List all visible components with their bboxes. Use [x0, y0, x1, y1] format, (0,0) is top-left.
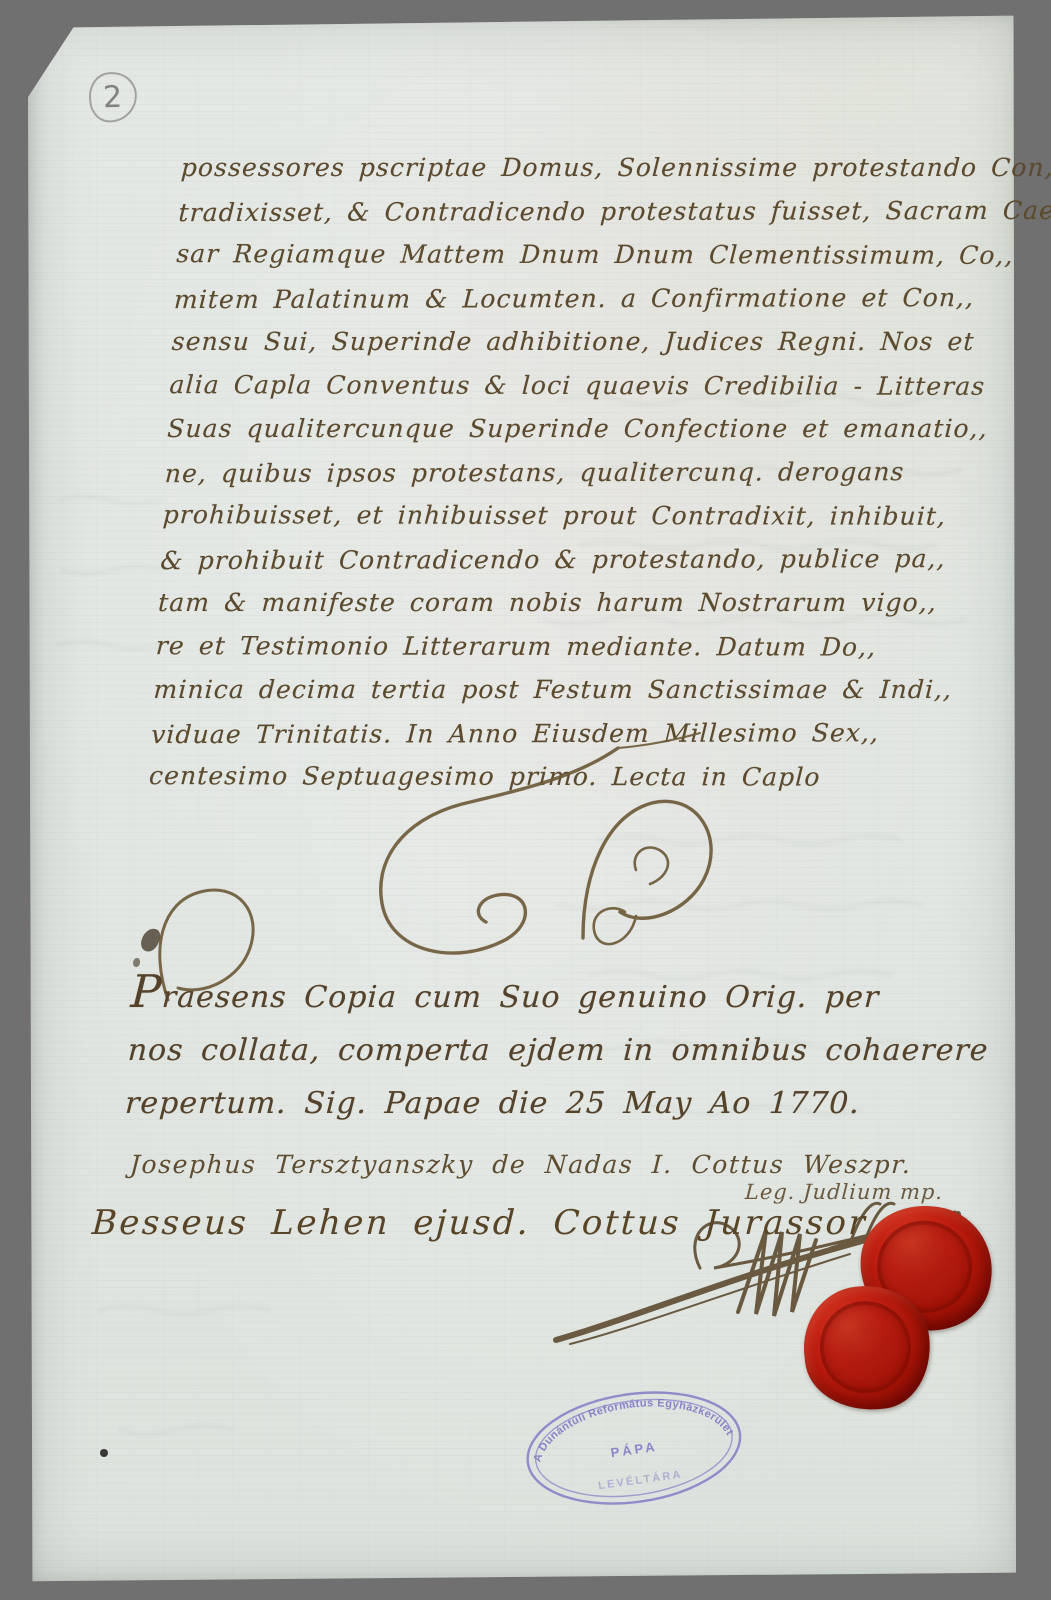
ink-dot: [100, 1449, 108, 1457]
page-number-pencil-circle: 2: [87, 70, 140, 125]
manuscript-line: re et Testimonio Litterarum mediante. Da…: [155, 624, 997, 669]
manuscript-line: centesimo Septuagesimo primo. Lecta in C…: [148, 754, 990, 799]
manuscript-line: & prohibuit Contradicendo & protestando,…: [159, 536, 1001, 582]
manuscript-line: ne, quibus ipsos protestans, qualitercun…: [164, 449, 1006, 495]
photograph-background: 2 possessores pscriptae D: [0, 0, 1051, 1600]
manuscript-body: possessores pscriptae Domus, Solennissim…: [148, 146, 1022, 799]
attestation-line: repertum. Sig. Papae die 25 May Ao 1770.: [124, 1077, 987, 1130]
manuscript-line: possessores pscriptae Domus, Solennissim…: [180, 146, 1022, 190]
manuscript-line: tradixisset, & Contradicendo protestatus…: [178, 188, 1020, 234]
manuscript-line: mitem Palatinum & Locumten. a Confirmati…: [173, 275, 1015, 321]
manuscript-line: sar Regiamque Mattem Dnum Dnum Clementis…: [175, 232, 1017, 277]
manuscript-line: Suas qualitercunque Superinde Confection…: [166, 407, 1008, 451]
page-number: 2: [103, 79, 123, 115]
attestation-line: Praesens Copia cum Suo genuino Orig. per: [129, 965, 992, 1024]
manuscript-line: viduae Trinitatis. In Anno Eiusdem Mille…: [150, 710, 992, 756]
manuscript-line: prohibuisset, et inhibuisset prout Contr…: [162, 493, 1004, 538]
stamp-center-text: PÁPA: [610, 1439, 659, 1460]
signature-second: Besseus Lehen ejusd. Cottus Jurassor: [91, 1203, 868, 1243]
signature-principal: Josephus Tersztyanszky de Nadas I. Cottu…: [129, 1150, 912, 1179]
manuscript-line: tam & manifeste coram nobis harum Nostra…: [157, 581, 999, 625]
signature-office-title: Leg. Judlium mp.: [744, 1180, 943, 1204]
manuscript-line: minica decima tertia post Festum Sanctis…: [152, 668, 994, 712]
manuscript-line: alia Capla Conventus & loci quaevis Cred…: [168, 363, 1010, 408]
manuscript-line: sensu Sui, Superinde adhibitione, Judice…: [171, 320, 1013, 364]
attestation-block: Praesens Copia cum Suo genuino Orig. per…: [124, 965, 993, 1130]
attestation-line: nos collata, comperta ejdem in omnibus c…: [126, 1024, 989, 1077]
